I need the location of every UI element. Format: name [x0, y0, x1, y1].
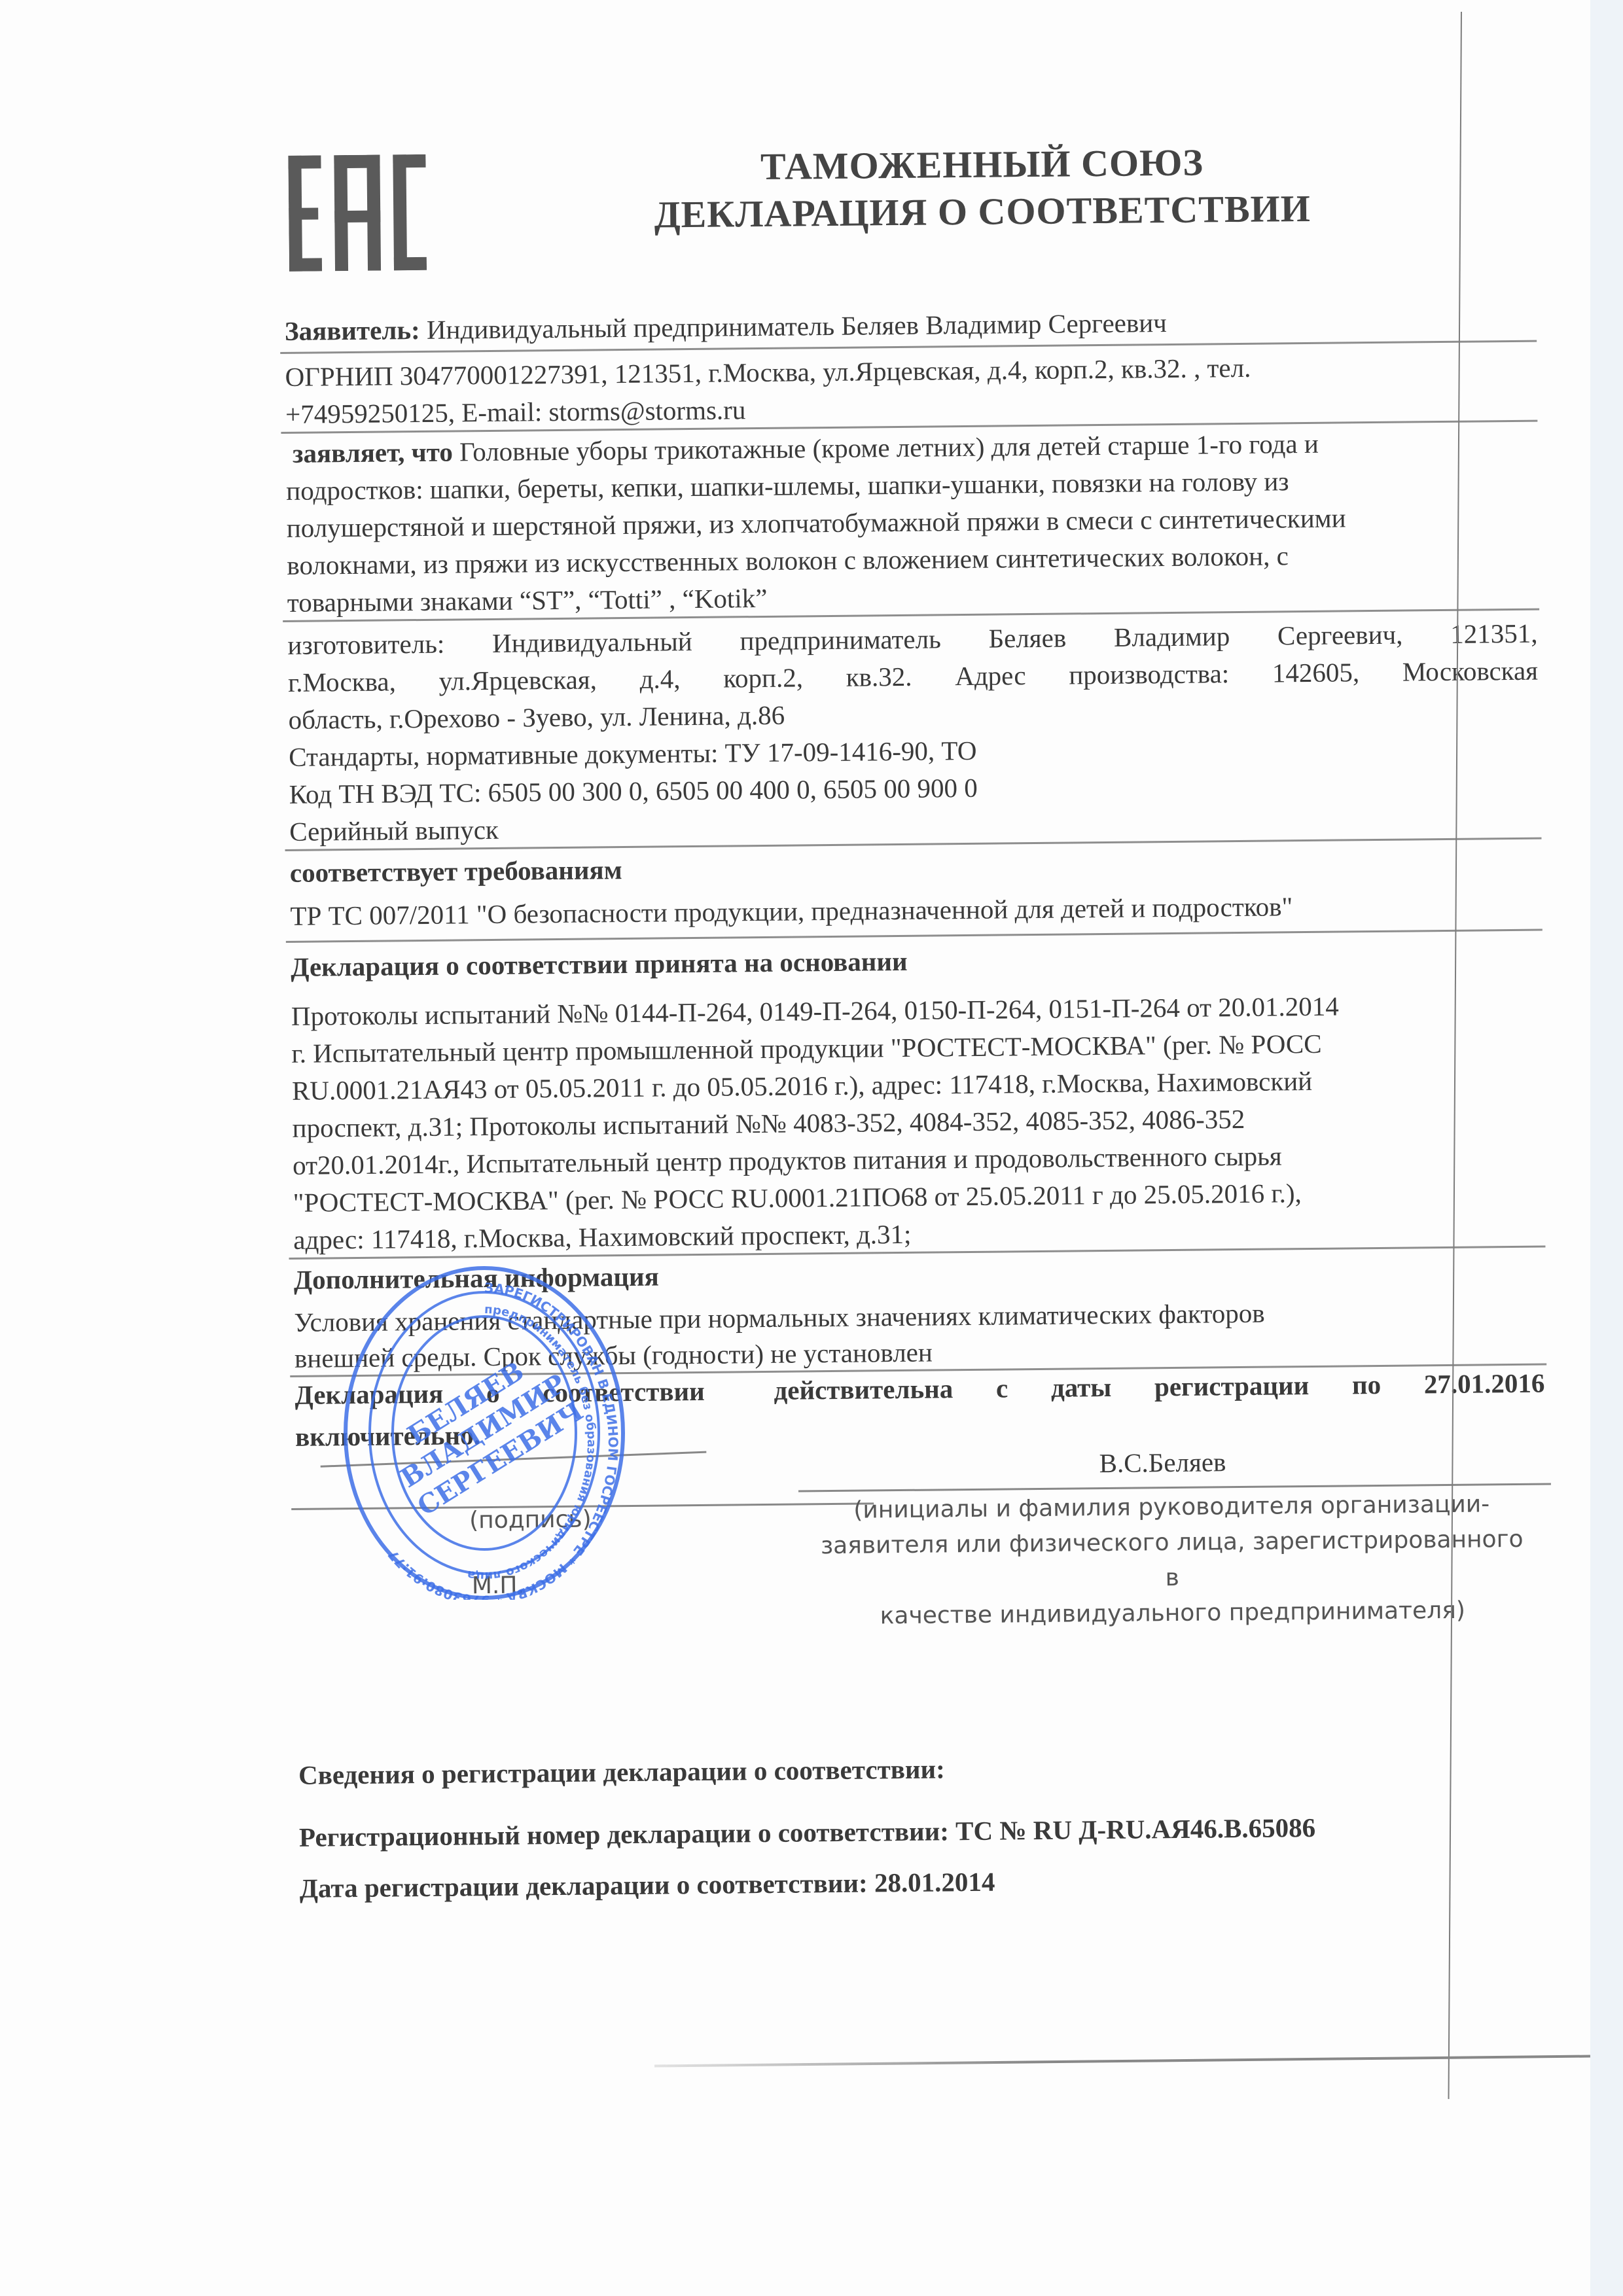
- registration-number-value: ТС № RU Д-RU.АЯ46.В.65086: [955, 1812, 1315, 1846]
- validity-word: с: [996, 1369, 1008, 1407]
- validity-valid-until: 27.01.2016: [1424, 1365, 1545, 1404]
- registration-heading: Сведения о регистрации декларации о соот…: [298, 1745, 1548, 1794]
- validity-word: действительна: [774, 1370, 953, 1409]
- applicant-value: Индивидуальный предприниматель Беляев Вл…: [427, 308, 1167, 345]
- declaration-page: ТАМОЖЕННЫЙ СОЮЗ ДЕКЛАРАЦИЯ О СООТВЕТСТВИ…: [0, 0, 1623, 2296]
- title-customs-union: ТАМОЖЕННЫЙ СОЮЗ: [589, 139, 1375, 190]
- compliance-value: ТР ТС 007/2011 "О безопасности продукции…: [290, 886, 1540, 935]
- registration-number-label: Регистрационный номер декларации о соотв…: [299, 1816, 949, 1852]
- applicant-label: Заявитель:: [285, 315, 420, 346]
- validity-word: по: [1352, 1366, 1382, 1404]
- registration-date-row: Дата регистрации декларации о соответств…: [300, 1858, 1550, 1907]
- compliance-label: соответствует требованиям: [290, 843, 1540, 892]
- registration-date-label: Дата регистрации декларации о соответств…: [300, 1868, 868, 1903]
- validity-word: даты: [1051, 1369, 1112, 1407]
- signer-caption-line: качестве индивидуального предпринимателя…: [813, 1593, 1533, 1635]
- eac-logo-icon: [288, 154, 427, 272]
- title-declaration: ДЕКЛАРАЦИЯ О СООТВЕТСТВИИ: [590, 186, 1376, 238]
- basis-label: Декларация о соответствии принята на осн…: [291, 937, 1541, 986]
- signer-caption-line: заявителя или физического лица, зарегист…: [812, 1522, 1533, 1600]
- registration-date-value: 28.01.2014: [874, 1867, 995, 1898]
- registration-number-row: Регистрационный номер декларации о соотв…: [299, 1807, 1549, 1856]
- signer-name: В.С.Беляев: [1099, 1441, 1427, 1482]
- seal-stamp-icon: ЗАРЕГИСТРИРОВАН В ЕДИНОМ ГОСРЕЕСТРЕ * МО…: [340, 1266, 628, 1600]
- validity-word: регистрации: [1154, 1367, 1310, 1405]
- signer-caption: (инициалы и фамилия руководителя организ…: [811, 1487, 1533, 1635]
- declares-label: заявляет, что: [293, 437, 453, 468]
- declares-text: Головные уборы трикотажные (кроме летних…: [459, 429, 1319, 467]
